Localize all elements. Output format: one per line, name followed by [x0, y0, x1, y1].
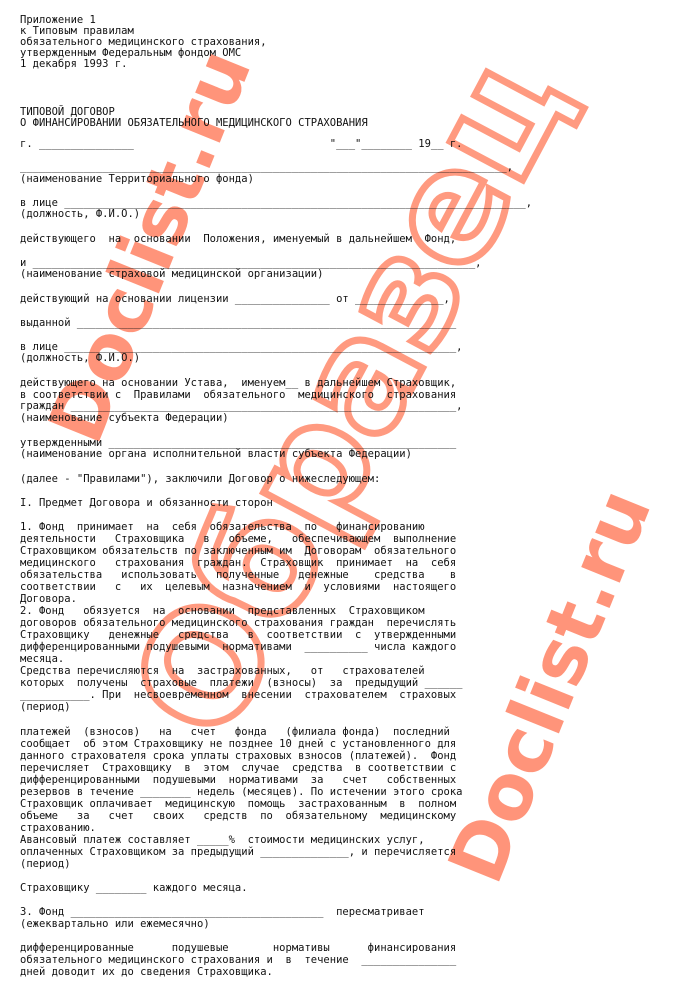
contract-line: соответствии с их целевым назначением и …	[20, 581, 456, 593]
contract-line: которых получены страховые платежи (взно…	[20, 677, 463, 689]
contract-line: (наименование Территориального фонда)	[20, 173, 254, 185]
contract-line: граждан ________________________________…	[20, 400, 463, 412]
contract-line: 1. Фонд принимает на себя обязательства …	[20, 521, 425, 533]
contract-line: перечисляет Страховщику в этом случае ср…	[20, 762, 456, 774]
contract-line: (наименование страховой медицинской орга…	[20, 268, 323, 280]
contract-line: месяца.	[20, 653, 64, 665]
title-line: О ФИНАНСИРОВАНИИ ОБЯЗАТЕЛЬНОГО МЕДИЦИНСК…	[20, 117, 368, 129]
appendix-line: 1 декабря 1993 г.	[20, 58, 127, 70]
contract-line: Договора.	[20, 593, 77, 605]
contract-line: медицинского страхования граждан. Страхо…	[20, 557, 456, 569]
contract-line: (далее - "Правилами"), заключили Договор…	[20, 473, 380, 485]
contract-line: обязательного медицинского страхования и…	[20, 954, 456, 966]
contract-line: (должность, Ф.И.О.)	[20, 208, 140, 220]
contract-line: действующий на основании лицензии ______…	[20, 293, 450, 305]
contract-line: дней доводит их до сведения Страховщика.	[20, 966, 273, 978]
document-page: Doclist.ru Образец Doclist.ru Приложение…	[0, 0, 700, 1000]
contract-line: (должность, Ф.И.О.)	[20, 352, 140, 364]
contract-line: действующего на основании Положения, име…	[20, 233, 456, 245]
contract-line: (наименование органа исполнительной влас…	[20, 448, 412, 460]
contract-line: 3. Фонд ________________________________…	[20, 906, 425, 918]
document-text: Приложение 1 к Типовым правилам обязател…	[0, 0, 700, 1000]
contract-line: дифференцированными подушевыми норматива…	[20, 774, 456, 786]
contract-line: дифференцированные подушевые нормативы ф…	[20, 942, 456, 954]
contract-line: I. Предмет Договора и обязанности сторон	[20, 497, 273, 509]
contract-line: действующего на основании Устава, именуе…	[20, 377, 456, 389]
contract-line: страхованию.	[20, 822, 96, 834]
contract-line: сообщает об этом Страховщику не позднее …	[20, 738, 456, 750]
contract-line: деятельности Страховщика в объеме, обесп…	[20, 533, 456, 545]
contract-line: ________________________________________…	[20, 161, 513, 173]
contract-line: Страховщику денежные средства в соответс…	[20, 629, 456, 641]
contract-line: платежей (взносов) на счет фонда (филиал…	[20, 726, 450, 738]
contract-line: дифференцированными подушевыми норматива…	[20, 641, 456, 653]
contract-line: ___________. При несвоевременном внесени…	[20, 689, 456, 701]
contract-line: (наименование субъекта Федерации)	[20, 412, 229, 424]
contract-line: данного страхователя срока уплаты страхо…	[20, 750, 456, 762]
contract-line: (период)	[20, 701, 71, 713]
contract-line: (период)	[20, 858, 71, 870]
contract-line: (ежеквартально или ежемесячно)	[20, 918, 210, 930]
contract-line: Страховщик оплачивает медицинскую помощь…	[20, 798, 456, 810]
contract-line: Средства перечисляются на застрахованных…	[20, 665, 425, 677]
contract-line: договоров обязательного медицинского стр…	[20, 617, 456, 629]
contract-line: объеме за счет своих средств по обязател…	[20, 810, 456, 822]
contract-line: Страховщиком обязательств по заключенным…	[20, 545, 456, 557]
contract-line: 2. Фонд обязуется на основании представл…	[20, 605, 425, 617]
contract-line: Авансовый платеж составляет _____% стоим…	[20, 834, 425, 846]
contract-line: оплаченных Страховщиком за предыдущий __…	[20, 846, 456, 858]
contract-line: Страховщику ________ каждого месяца.	[20, 882, 248, 894]
contract-line: резервов в течение ________ недель (меся…	[20, 786, 463, 798]
contract-line: выданной _______________________________…	[20, 317, 456, 329]
contract-line: обязательства использовать полученные де…	[20, 569, 456, 581]
contract-line: г. _______________ "___"________ 19__ г.	[20, 138, 463, 150]
